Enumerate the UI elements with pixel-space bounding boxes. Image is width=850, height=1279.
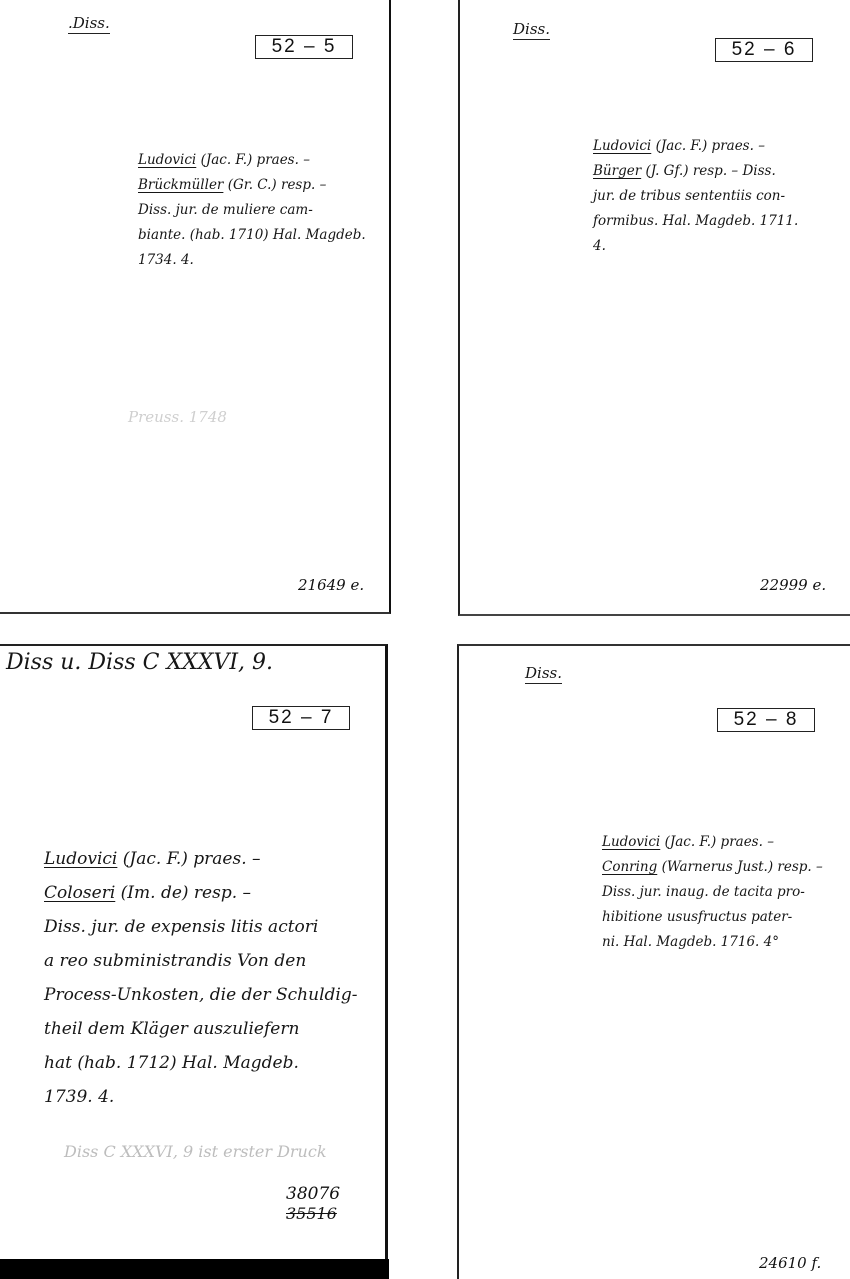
entry-line: (Gr. C.) resp. –: [228, 177, 327, 193]
entry-line: theil dem Kläger auszuliefern: [44, 1012, 357, 1046]
entry-line: (Jac. F.) praes. –: [201, 152, 310, 168]
entry-line: (Jac. F.) praes. –: [656, 138, 765, 154]
entry-line: jur. de tribus sententiis con-: [593, 184, 798, 209]
faint-pencil-note: Diss C XXXVI, 9 ist erster Druck: [64, 1142, 327, 1161]
entry-line: ni. Hal. Magdeb. 1716. 4°: [602, 930, 823, 955]
scan-border: [0, 1259, 389, 1279]
entry-line: Diss. jur. de muliere cam-: [138, 198, 366, 223]
catalog-entry: Ludovici (Jac. F.) praes. – Bürger (J. G…: [593, 134, 798, 259]
entry-line: (Jac. F.) praes. –: [123, 849, 261, 869]
call-number: 52 – 6: [715, 38, 813, 62]
category-label: Diss u. Diss C XXXVI, 9.: [6, 650, 273, 675]
entry-line: a reo subministrandis Von den: [44, 944, 357, 978]
entry-line: formibus. Hal. Magdeb. 1711.: [593, 209, 798, 234]
category-label: .Diss.: [68, 14, 110, 34]
accession-number: 38076: [286, 1184, 340, 1204]
praeses-name: Ludovici: [138, 152, 196, 168]
respondent-name: Brückmüller: [138, 177, 223, 193]
catalog-card-52-8: Diss. 52 – 8 Ludovici (Jac. F.) praes. –…: [457, 644, 850, 1279]
entry-line: Diss. jur. inaug. de tacita pro-: [602, 880, 823, 905]
call-number: 52 – 5: [255, 35, 353, 59]
entry-line: (Im. de) resp. –: [121, 883, 251, 903]
entry-line: Process-Unkosten, die der Schuldig-: [44, 978, 357, 1012]
call-number: 52 – 7: [252, 706, 350, 730]
accession-number: 24610 f.: [759, 1254, 821, 1272]
entry-line: 1739. 4.: [44, 1080, 357, 1114]
catalog-entry: Ludovici (Jac. F.) praes. – Conring (War…: [602, 830, 823, 955]
accession-number: 22999 e.: [760, 576, 826, 594]
entry-line: (Jac. F.) praes. –: [665, 834, 774, 850]
entry-line: Diss. jur. de expensis litis actori: [44, 910, 357, 944]
struck-accession-number: 35516: [286, 1204, 337, 1223]
entry-line: (J. Gf.) resp. – Diss.: [645, 163, 775, 179]
praeses-name: Ludovici: [44, 849, 117, 869]
respondent-name: Conring: [602, 859, 657, 875]
entry-line: 1734. 4.: [138, 248, 366, 273]
entry-line: hat (hab. 1712) Hal. Magdeb.: [44, 1046, 357, 1080]
catalog-entry: Ludovici (Jac. F.) praes. – Coloseri (Im…: [44, 842, 357, 1114]
faint-pencil-note: Preuss. 1748: [128, 408, 227, 426]
respondent-name: Bürger: [593, 163, 641, 179]
category-label: Diss.: [525, 664, 562, 684]
category-label: Diss.: [513, 20, 550, 40]
entry-line: hibitione ususfructus pater-: [602, 905, 823, 930]
respondent-name: Coloseri: [44, 883, 115, 903]
accession-number: 21649 e.: [298, 576, 364, 594]
praeses-name: Ludovici: [602, 834, 660, 850]
catalog-entry: Ludovici (Jac. F.) praes. – Brückmüller …: [138, 148, 366, 273]
catalog-card-52-6: Diss. 52 – 6 Ludovici (Jac. F.) praes. –…: [458, 0, 850, 616]
entry-line: (Warnerus Just.) resp. –: [662, 859, 823, 875]
entry-line: 4.: [593, 234, 798, 259]
entry-line: biante. (hab. 1710) Hal. Magdeb.: [138, 223, 366, 248]
catalog-card-52-5: .Diss. 52 – 5 Ludovici (Jac. F.) praes. …: [0, 0, 391, 614]
call-number: 52 – 8: [717, 708, 815, 732]
catalog-card-52-7: Diss u. Diss C XXXVI, 9. 52 – 7 Ludovici…: [0, 644, 388, 1260]
praeses-name: Ludovici: [593, 138, 651, 154]
